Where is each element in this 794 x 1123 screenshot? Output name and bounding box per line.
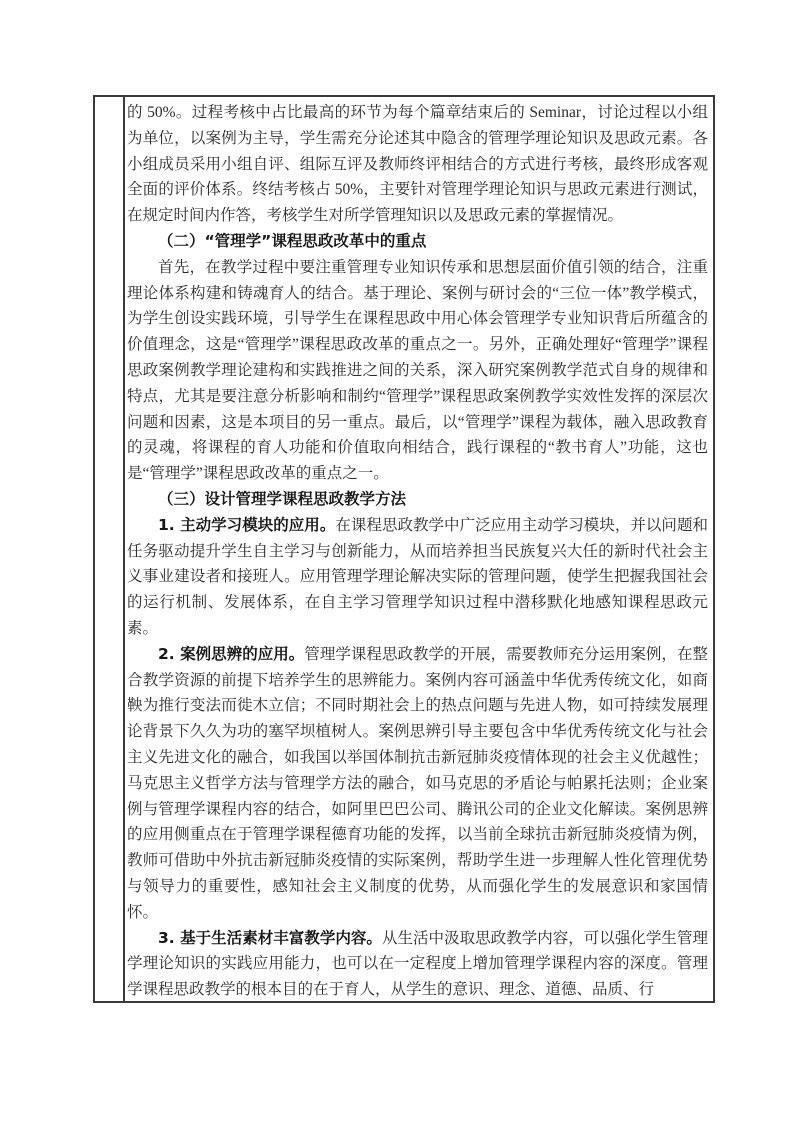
method-3-lead: 3. 基于生活素材丰富教学内容。	[158, 929, 382, 947]
method-1-lead: 1. 主动学习模块的应用。	[158, 516, 335, 534]
table-content-cell: 的 50%。过程考核中占比最高的环节为每个篇章结束后的 Seminar，讨论过程…	[125, 97, 713, 1001]
section-2-paragraph: 首先，在教学过程中要注重管理专业知识传承和思想层面价值引领的结合，注重理论体系构…	[127, 255, 708, 487]
page: 的 50%。过程考核中占比最高的环节为每个篇章结束后的 Seminar，讨论过程…	[0, 0, 794, 1123]
continuation-paragraph: 的 50%。过程考核中占比最高的环节为每个篇章结束后的 Seminar，讨论过程…	[127, 100, 708, 229]
method-2-lead: 2. 案例思辨的应用。	[158, 645, 304, 663]
section-3-heading: （三）设计管理学课程思政教学方法	[127, 487, 708, 513]
method-item-2: 2. 案例思辨的应用。管理学课程思政教学的开展，需要教师充分运用案例，在整合教学…	[127, 642, 708, 926]
table-stub-cell	[95, 97, 125, 1001]
section-2-heading: （二）“管理学”课程思政改革中的重点	[127, 229, 708, 255]
method-2-text: 管理学课程思政教学的开展，需要教师充分运用案例，在整合教学资源的前提下培养学生的…	[127, 646, 708, 921]
document-table: 的 50%。过程考核中占比最高的环节为每个篇章结束后的 Seminar，讨论过程…	[93, 95, 715, 1003]
method-1-text: 在课程思政教学中广泛应用主动学习模块，并以问题和任务驱动提升学生自主学习与创新能…	[127, 517, 708, 637]
method-item-1: 1. 主动学习模块的应用。在课程思政教学中广泛应用主动学习模块，并以问题和任务驱…	[127, 513, 708, 642]
method-item-3: 3. 基于生活素材丰富教学内容。从生活中汲取思政教学内容，可以强化学生管理学理论…	[127, 926, 708, 1002]
